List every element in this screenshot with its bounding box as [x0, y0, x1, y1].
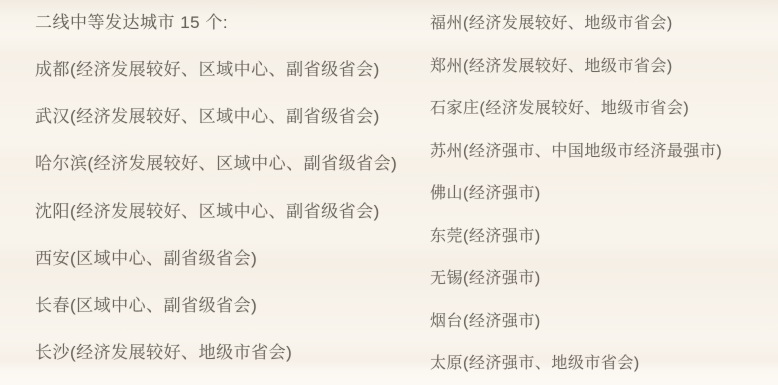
city-entry-xian: 西安(区域中心、副省级省会) — [35, 249, 405, 268]
city-entry-yantai: 烟台(经济强市) — [430, 313, 770, 331]
city-entry-suzhou: 苏州(经济强市、中国地级市经济最强市) — [430, 143, 770, 161]
city-entry-chengdu: 成都(经济发展较好、区域中心、副省级省会) — [35, 60, 405, 79]
city-entry-foshan: 佛山(经济强市) — [430, 185, 770, 203]
document-page: 二线中等发达城市 15 个: 成都(经济发展较好、区域中心、副省级省会) 武汉(… — [0, 0, 778, 385]
city-entry-haerbin: 哈尔滨(经济发展较好、区域中心、副省级省会) — [35, 154, 405, 173]
city-entry-changsha: 长沙(经济发展较好、地级市省会) — [35, 343, 405, 362]
city-entry-shenyang: 沈阳(经济发展较好、区域中心、副省级省会) — [35, 202, 405, 221]
city-entry-wuxi: 无锡(经济强市) — [430, 270, 770, 288]
section-header: 二线中等发达城市 15 个: — [35, 13, 405, 32]
city-entry-zhengzhou: 郑州(经济发展较好、地级市省会) — [430, 58, 770, 76]
city-entry-changchun: 长春(区域中心、副省级省会) — [35, 296, 405, 315]
city-entry-fuzhou: 福州(经济发展较好、地级市省会) — [430, 15, 770, 33]
city-entry-dongguan: 东莞(经济强市) — [430, 228, 770, 246]
city-entry-wuhan: 武汉(经济发展较好、区域中心、副省级省会) — [35, 107, 405, 126]
city-list-left-column: 二线中等发达城市 15 个: 成都(经济发展较好、区域中心、副省级省会) 武汉(… — [35, 13, 405, 362]
city-entry-taiyuan: 太原(经济强市、地级市省会) — [430, 355, 770, 373]
city-list-right-column: 福州(经济发展较好、地级市省会) 郑州(经济发展较好、地级市省会) 石家庄(经济… — [430, 15, 770, 373]
city-entry-shijiazhuang: 石家庄(经济发展较好、地级市省会) — [430, 100, 770, 118]
